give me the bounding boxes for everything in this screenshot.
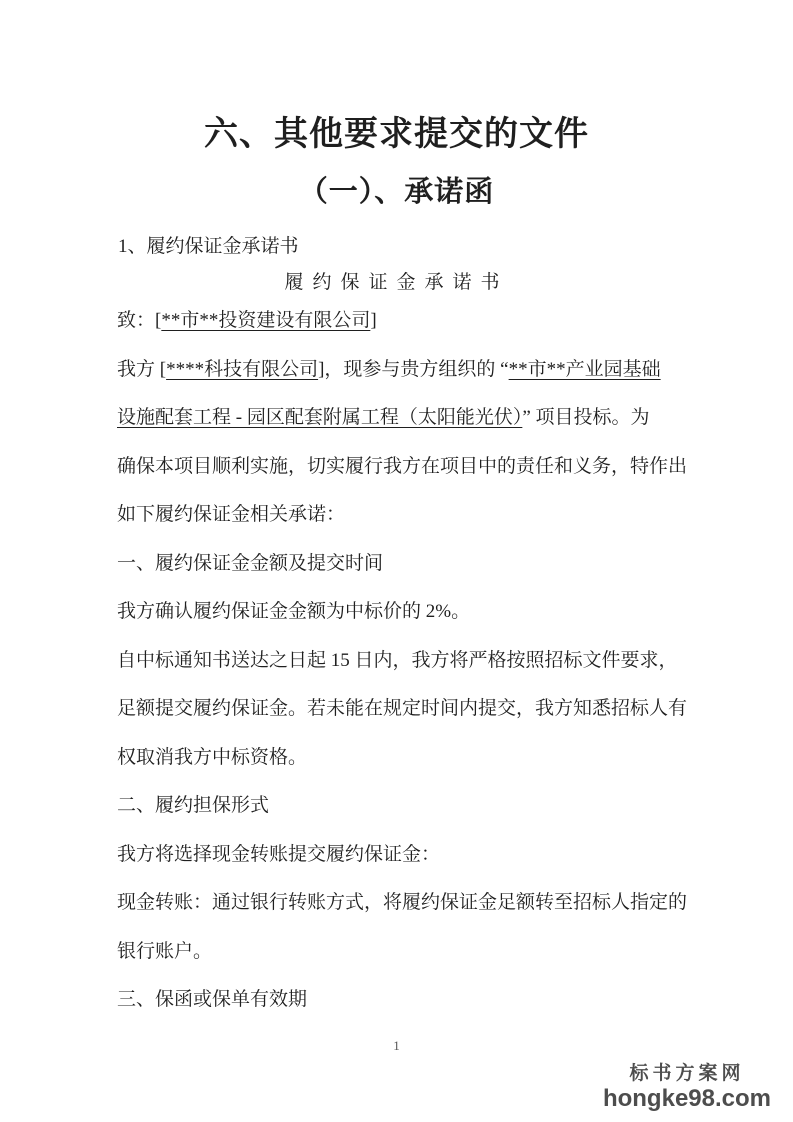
letter-title: 履约保证金承诺书 — [0, 267, 793, 294]
text-segment: 权取消我方中标资格。 — [117, 747, 307, 768]
body-line: 三、保函或保单有效期 — [117, 976, 702, 1025]
body-line: 一、履约保证金金额及提交时间 — [117, 540, 702, 589]
text-segment: 确保本项目顺利实施，切实履行我方在项目中的责任和义务，特作出 — [117, 456, 687, 477]
body-line: 我方 [****科技有限公司]，现参与贵方组织的 “**市**产业园基础 — [117, 346, 702, 395]
text-segment: 自中标通知书送达之日起 15 日内，我方将严格按照招标文件要求， — [117, 650, 678, 671]
watermark-site-name: 标书方案网 — [603, 1064, 771, 1085]
letter-body: 致：[**市**投资建设有限公司]我方 [****科技有限公司]，现参与贵方组织… — [117, 297, 702, 1025]
text-segment: 我方将选择现金转账提交履约保证金： — [117, 844, 440, 865]
text-segment: 银行账户。 — [117, 941, 212, 962]
body-line: 二、履约担保形式 — [117, 782, 702, 831]
text-segment: ] — [370, 310, 376, 331]
watermark: 标书方案网 hongke98.com — [603, 1064, 771, 1112]
underlined-fill-in-text: ****科技有限公司 — [166, 359, 318, 380]
subsection-title: （一）、承诺函 — [0, 169, 793, 210]
text-segment: 如下履约保证金相关承诺： — [117, 504, 345, 525]
underlined-fill-in-text: 设施配套工程 - 园区配套附属工程（太阳能光伏） — [117, 407, 522, 428]
text-segment: 我方 [ — [117, 359, 166, 380]
body-line: 现金转账：通过银行转账方式，将履约保证金足额转至招标人指定的 — [117, 879, 702, 928]
watermark-site-url: hongke98.com — [603, 1086, 771, 1112]
body-line: 银行账户。 — [117, 928, 702, 977]
body-line: 设施配套工程 - 园区配套附属工程（太阳能光伏）” 项目投标。为 — [117, 394, 702, 443]
text-segment: 足额提交履约保证金。若未能在规定时间内提交，我方知悉招标人有 — [117, 698, 687, 719]
list-item-label: 1、履约保证金承诺书 — [118, 231, 299, 258]
text-segment: 三、保函或保单有效期 — [117, 989, 307, 1010]
section-title: 六、其他要求提交的文件 — [0, 106, 793, 155]
body-line: 我方将选择现金转账提交履约保证金： — [117, 831, 702, 880]
text-segment: 致：[ — [117, 310, 161, 331]
underlined-fill-in-text: **市**产业园基础 — [509, 359, 661, 380]
body-line: 致：[**市**投资建设有限公司] — [117, 297, 702, 346]
text-segment: 一、履约保证金金额及提交时间 — [117, 553, 383, 574]
body-line: 足额提交履约保证金。若未能在规定时间内提交，我方知悉招标人有 — [117, 685, 702, 734]
text-segment: 二、履约担保形式 — [117, 795, 269, 816]
body-line: 如下履约保证金相关承诺： — [117, 491, 702, 540]
underlined-fill-in-text: **市**投资建设有限公司 — [161, 310, 370, 331]
text-segment: ” 项目投标。为 — [522, 407, 649, 428]
body-line: 我方确认履约保证金金额为中标价的 2%。 — [117, 588, 702, 637]
text-segment: ]，现参与贵方组织的 “ — [318, 359, 509, 380]
text-segment: 现金转账：通过银行转账方式，将履约保证金足额转至招标人指定的 — [117, 892, 687, 913]
body-line: 权取消我方中标资格。 — [117, 734, 702, 783]
body-line: 确保本项目顺利实施，切实履行我方在项目中的责任和义务，特作出 — [117, 443, 702, 492]
page-number: 1 — [0, 1038, 793, 1054]
text-segment: 我方确认履约保证金金额为中标价的 2%。 — [117, 601, 470, 622]
document-page: 六、其他要求提交的文件 （一）、承诺函 1、履约保证金承诺书 履约保证金承诺书 … — [0, 0, 793, 1122]
body-line: 自中标通知书送达之日起 15 日内，我方将严格按照招标文件要求， — [117, 637, 702, 686]
